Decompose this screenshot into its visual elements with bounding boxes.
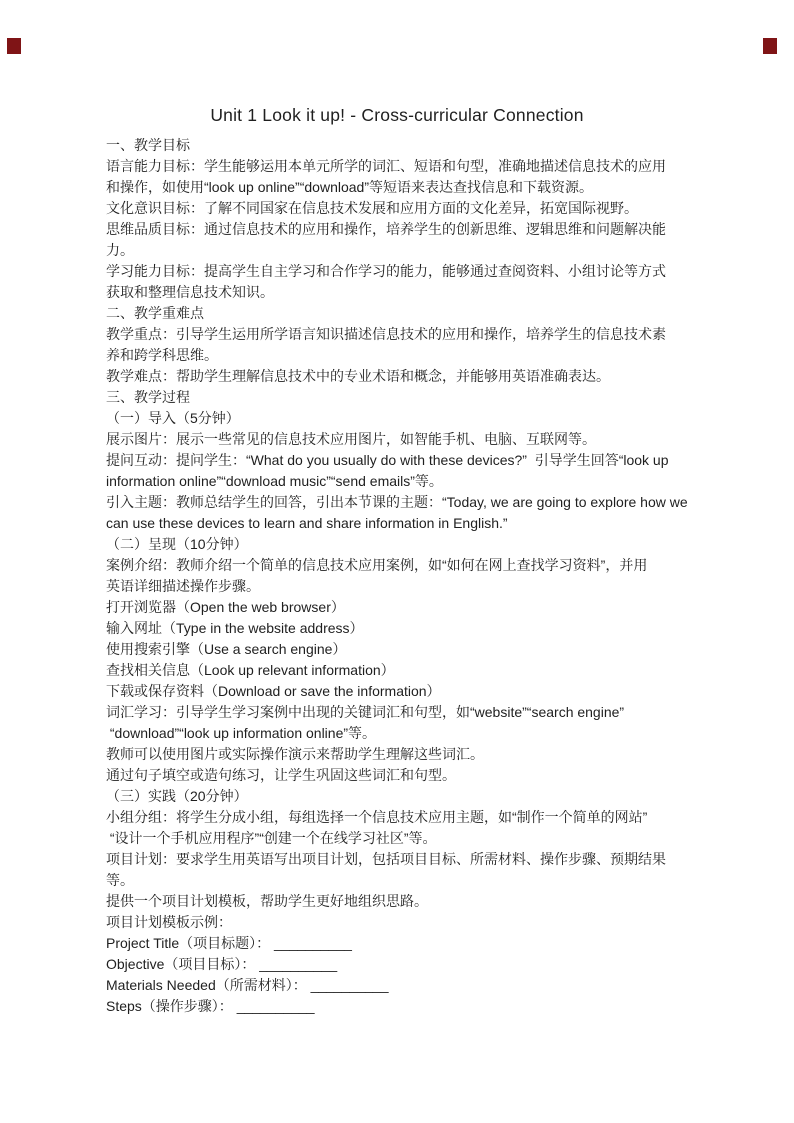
text-line: 打开浏览器（Open the web browser） (106, 597, 706, 618)
text-line: Materials Needed（所需材料）： __________ (106, 975, 706, 996)
text-line: “download”“look up information online”等。 (106, 723, 706, 744)
text-line: 提供一个项目计划模板，帮助学生更好地组织思路。 (106, 891, 706, 912)
text-line: Objective（项目目标）： __________ (106, 954, 706, 975)
text-line: 英语详细描述操作步骤。 (106, 576, 706, 597)
text-line: 获取和整理信息技术知识。 (106, 282, 706, 303)
text-line: 案例介绍：教师介绍一个简单的信息技术应用案例，如“如何在网上查找学习资料”，并用 (106, 555, 706, 576)
text-line: 教学重点：引导学生运用所学语言知识描述信息技术的应用和操作，培养学生的信息技术素 (106, 324, 706, 345)
text-line: 项目计划模板示例： (106, 912, 706, 933)
text-line: can use these devices to learn and share… (106, 513, 706, 534)
text-line: 小组分组：将学生分成小组，每组选择一个信息技术应用主题，如“制作一个简单的网站” (106, 807, 706, 828)
text-line: 力。 (106, 240, 706, 261)
text-line: 引入主题：教师总结学生的回答，引出本节课的主题：“Today, we are g… (106, 492, 706, 513)
text-line: 三、教学过程 (106, 387, 706, 408)
text-line: 教师可以使用图片或实际操作演示来帮助学生理解这些词汇。 (106, 744, 706, 765)
text-line: 使用搜索引擎（Use a search engine） (106, 639, 706, 660)
text-line: 提问互动：提问学生：“What do you usually do with t… (106, 450, 706, 471)
text-line: Steps（操作步骤）： __________ (106, 996, 706, 1017)
corner-mark-left-icon (7, 38, 21, 54)
text-line: 思维品质目标：通过信息技术的应用和操作，培养学生的创新思维、逻辑思维和问题解决能 (106, 219, 706, 240)
text-line: （三）实践（20分钟） (106, 786, 706, 807)
text-line: 教学难点：帮助学生理解信息技术中的专业术语和概念，并能够用英语准确表达。 (106, 366, 706, 387)
text-line: 学习能力目标：提高学生自主学习和合作学习的能力，能够通过查阅资料、小组讨论等方式 (106, 261, 706, 282)
text-line: 词汇学习：引导学生学习案例中出现的关键词汇和句型，如“website”“sear… (106, 702, 706, 723)
text-line: information online”“download music”“send… (106, 471, 706, 492)
text-line: 下载或保存资料（Download or save the information… (106, 681, 706, 702)
text-line: 等。 (106, 870, 706, 891)
text-line: 语言能力目标：学生能够运用本单元所学的词汇、短语和句型，准确地描述信息技术的应用 (106, 156, 706, 177)
corner-mark-right-icon (763, 38, 777, 54)
page-title: Unit 1 Look it up! - Cross-curricular Co… (0, 105, 794, 126)
text-line: 和操作，如使用“look up online”“download”等短语来表达查… (106, 177, 706, 198)
text-line: 查找相关信息（Look up relevant information） (106, 660, 706, 681)
text-line: 项目计划：要求学生用英语写出项目计划，包括项目目标、所需材料、操作步骤、预期结果 (106, 849, 706, 870)
text-line: 展示图片：展示一些常见的信息技术应用图片，如智能手机、电脑、互联网等。 (106, 429, 706, 450)
text-line: 养和跨学科思维。 (106, 345, 706, 366)
text-line: 文化意识目标：了解不同国家在信息技术发展和应用方面的文化差异，拓宽国际视野。 (106, 198, 706, 219)
text-line: 一、教学目标 (106, 135, 706, 156)
text-line: “设计一个手机应用程序”“创建一个在线学习社区”等。 (106, 828, 706, 849)
text-line: （一）导入（5分钟） (106, 408, 706, 429)
text-line: 二、教学重难点 (106, 303, 706, 324)
text-line: 输入网址（Type in the website address） (106, 618, 706, 639)
text-line: （二）呈现（10分钟） (106, 534, 706, 555)
document-page: Unit 1 Look it up! - Cross-curricular Co… (0, 0, 794, 1123)
text-line: 通过句子填空或造句练习，让学生巩固这些词汇和句型。 (106, 765, 706, 786)
text-line: Project Title（项目标题）： __________ (106, 933, 706, 954)
document-body: 一、教学目标语言能力目标：学生能够运用本单元所学的词汇、短语和句型，准确地描述信… (106, 135, 706, 1017)
